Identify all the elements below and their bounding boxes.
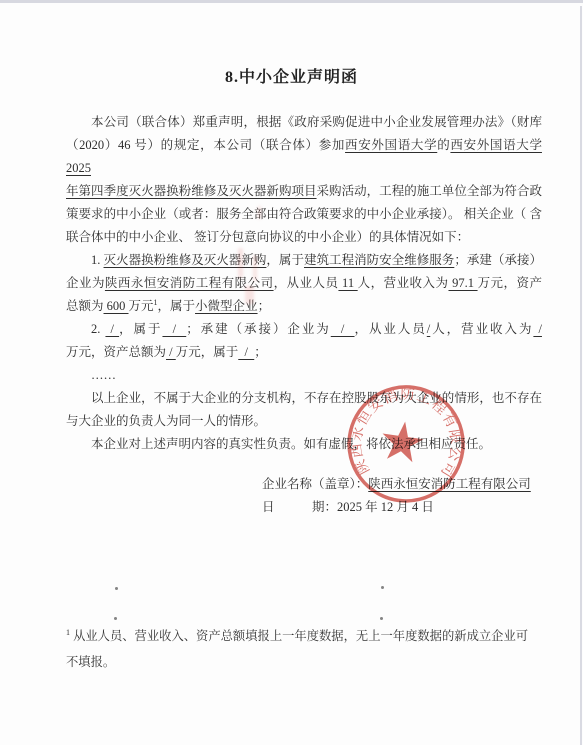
text-line: 与大企业的负责人为同一人的情形。 xyxy=(66,410,542,433)
signature-block: 企业名称（盖章）：陕西永恒安消防工程有限公司日 期：2025 年 12 月 4 … xyxy=(262,473,531,519)
text-line: 2. / ，属于 / ；承建（承接）企业为 / ，从业人员/人，营业收入为 / xyxy=(66,318,542,341)
stamp-bleed-mark xyxy=(245,286,254,304)
text-line: 1 从业人员、营业收入、资产总额填报上一年度数据，无上一年度数据的新成立企业可 xyxy=(66,623,536,649)
stamp-bleed-mark xyxy=(253,255,257,281)
footnote: 1 从业人员、营业收入、资产总额填报上一年度数据，无上一年度数据的新成立企业可不… xyxy=(66,623,536,675)
text-line: 企业名称（盖章）：陕西永恒安消防工程有限公司 xyxy=(262,473,531,496)
text-line: 本公司（联合体）郑重声明，根据《政府采购促进中小企业发展管理办法》（财库 xyxy=(66,111,542,134)
text-line: 1. 灭火器换粉维修及灭火器新购，属于建筑工程消防安全维修服务；承建（承接） xyxy=(66,249,542,272)
page-right-edge xyxy=(580,6,582,745)
text-line: 策要求的中小企业（或者：服务全部由符合政策要求的中小企业承接）。 相关企业（ 含 xyxy=(66,203,542,226)
page-top-edge xyxy=(0,0,583,3)
text-line: 不填报。 xyxy=(66,649,536,675)
scan-artifact-dot xyxy=(381,586,384,589)
scan-artifact-dot xyxy=(114,617,117,620)
text-line: 以上企业，不属于大企业的分支机构，不存在控股股东为大企业的情形，也不存在 xyxy=(66,387,542,410)
scanned-document-page: { "doc": { "title": "8.中小企业声明函", "body_l… xyxy=(0,0,583,745)
stamp-bleed-mark xyxy=(258,206,261,219)
stamp-bleed-mark xyxy=(238,248,243,278)
text-line: 总额为 600 万元1，属于小微型企业； xyxy=(66,295,542,318)
document-title: 8.中小企业声明函 xyxy=(0,64,583,87)
text-line: 联合体中的中小企业、 签订分包意向协议的中小企业）的具体情况如下： xyxy=(66,226,542,249)
text-line: 本企业对上述声明内容的真实性负责。如有虚假，将依法承担相应责任。 xyxy=(66,433,542,456)
text-line: …… xyxy=(66,364,542,387)
text-line: 年第四季度灭火器换粉维修及灭火器新购项目采购活动，工程的施工单位全部为符合政 xyxy=(66,180,542,203)
scan-artifact-dot xyxy=(380,617,383,620)
text-line: 企业为陕西永恒安消防工程有限公司，从业人员 11 人，营业收入为 97.1 万元… xyxy=(66,272,542,295)
text-line: 万元，资产总额为 / 万元，属于 / ； xyxy=(66,341,542,364)
text-line: （2020）46 号）的规定，本公司（联合体）参加西安外国语大学的西安外国语大学… xyxy=(66,134,542,180)
text-line: 日 期：2025 年 12 月 4 日 xyxy=(262,496,531,519)
document-body: 本公司（联合体）郑重声明，根据《政府采购促进中小企业发展管理办法》（财库（202… xyxy=(66,111,542,456)
scan-artifact-dot xyxy=(115,587,118,590)
